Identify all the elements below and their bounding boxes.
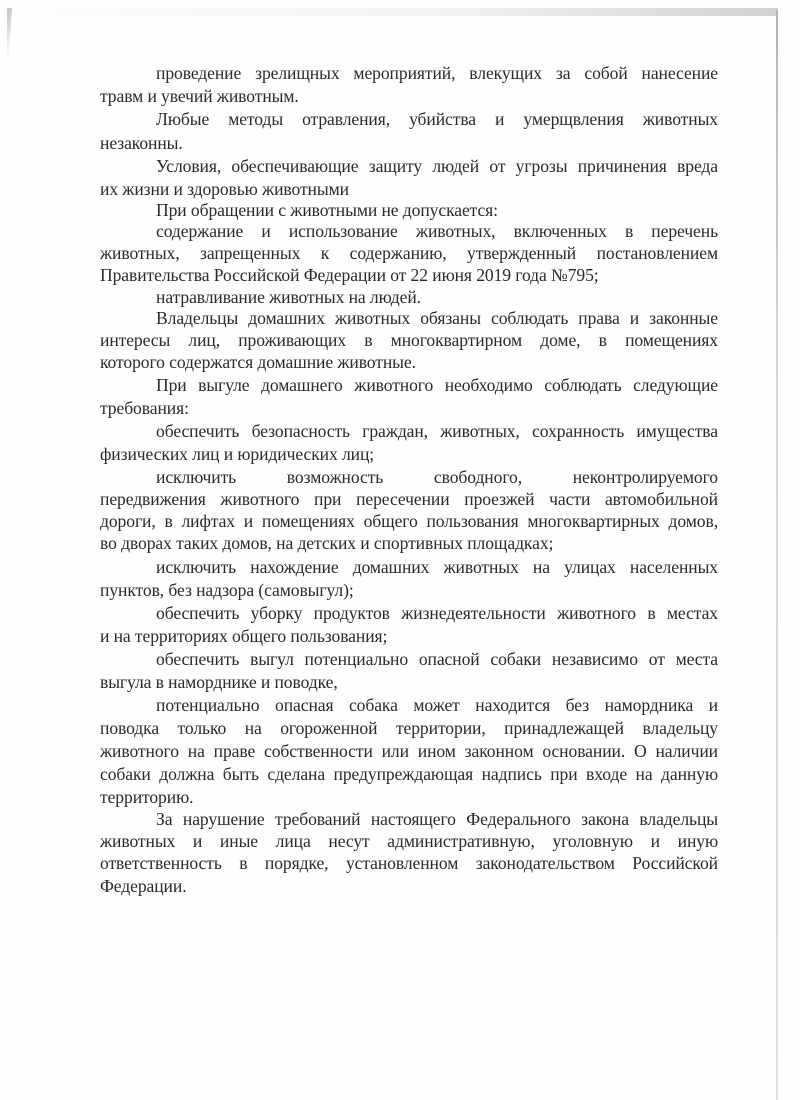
text-line: Федерации. <box>100 875 718 897</box>
text-line: обеспечить уборку продуктов жизнедеятель… <box>156 602 718 624</box>
text-line: Правительства Российской Федерации от 22… <box>100 264 718 286</box>
text-line: незаконны. <box>100 132 718 154</box>
text-line: обеспечить безопасность граждан, животны… <box>156 420 718 442</box>
text-line: дороги, в лифтах и помещениях общего пол… <box>100 510 718 532</box>
text-line: исключить нахождение домашних животных н… <box>156 556 718 578</box>
text-line: территорию. <box>100 786 718 808</box>
scan-edge-line-right <box>776 10 778 1100</box>
text-line: содержание и использование животных, вкл… <box>156 220 718 242</box>
text-line: Любые методы отравления, убийства и умер… <box>156 108 718 130</box>
text-line: их жизни и здоровью животными <box>100 178 718 200</box>
text-line: При выгуле домашнего животного необходим… <box>156 374 718 396</box>
scan-edge-shadow-top <box>8 8 778 16</box>
text-line: физических лиц и юридических лиц; <box>100 443 718 465</box>
scanned-document-page: проведение зрелищных мероприятий, влекущ… <box>0 0 800 1100</box>
scan-edge-shadow-left <box>7 8 12 60</box>
text-line: интересы лиц, проживающих в многоквартир… <box>100 329 718 351</box>
text-line: проведение зрелищных мероприятий, влекущ… <box>156 62 718 84</box>
text-line: которого содержатся домашние животные. <box>100 351 718 373</box>
text-line: При обращении с животными не допускается… <box>156 199 718 221</box>
text-line: собаки должна быть сделана предупреждающ… <box>100 763 718 785</box>
text-line: Условия, обеспечивающие защиту людей от … <box>156 155 718 177</box>
text-line: во дворах таких домов, на детских и спор… <box>100 532 718 554</box>
text-line: животных и иные лица несут административ… <box>100 830 718 852</box>
text-line: обеспечить выгул потенциально опасной со… <box>156 648 718 670</box>
text-line: и на территориях общего пользования; <box>100 625 718 647</box>
text-line: животного на праве собственности или ино… <box>100 740 718 762</box>
text-line: выгула в наморднике и поводке, <box>100 671 718 693</box>
text-line: ответственность в порядке, установленном… <box>100 852 718 874</box>
text-line: исключить возможность свободного, неконт… <box>156 466 718 488</box>
text-line: потенциально опасная собака может находи… <box>156 694 718 716</box>
text-line: пунктов, без надзора (самовыгул); <box>100 579 718 601</box>
text-line: За нарушение требований настоящего Федер… <box>156 808 718 830</box>
text-line: требования: <box>100 397 718 419</box>
text-line: натравливание животных на людей. <box>156 286 718 308</box>
text-line: животных, запрещенных к содержанию, утве… <box>100 242 718 264</box>
text-line: передвижения животного при пересечении п… <box>100 488 718 510</box>
text-line: поводка только на огороженной территории… <box>100 717 718 739</box>
text-line: Владельцы домашних животных обязаны собл… <box>156 307 718 329</box>
text-line: травм и увечий животным. <box>100 85 718 107</box>
